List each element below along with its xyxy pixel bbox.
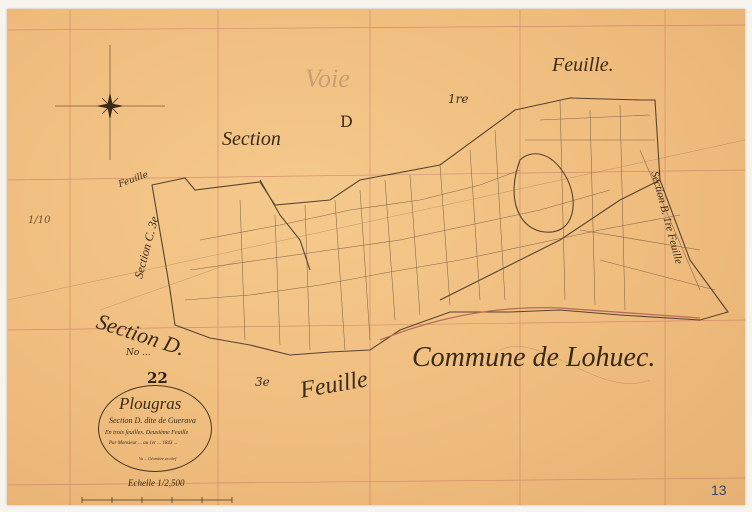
sheet-1-feuille-label: Feuille. — [552, 54, 614, 77]
sheet-1-label: 1re — [448, 92, 468, 106]
survey-line: Par Monsieur ... au 1er ... 1843 ... — [109, 441, 177, 446]
section-d-label: Section — [222, 128, 281, 151]
section-letter-d: D — [340, 112, 353, 131]
scale-label: Echelle 1/2,500 — [128, 478, 184, 488]
map-subtitle: Section D. dite de Guerava — [109, 416, 196, 425]
section-number-label: No ... — [126, 348, 151, 358]
cartouche-footer: Vu ... Géomètre en chef — [139, 456, 176, 461]
title-cartouche: Plougras Section D. dite de Guerava En t… — [98, 385, 212, 472]
map-title: Plougras — [119, 394, 181, 414]
voie-pencil-label: Voie — [305, 64, 350, 94]
sheet-3-label: 3e — [255, 375, 270, 389]
archive-number: 13 — [711, 482, 727, 498]
sheets-line: En trois feuilles. Deuxième Feuille — [105, 430, 188, 436]
commune-label: Commune de Lohuec. — [412, 342, 655, 374]
compass-rose-icon — [55, 45, 165, 160]
scale-bar — [82, 497, 232, 503]
margin-fraction-label: 1/10 — [28, 215, 50, 226]
